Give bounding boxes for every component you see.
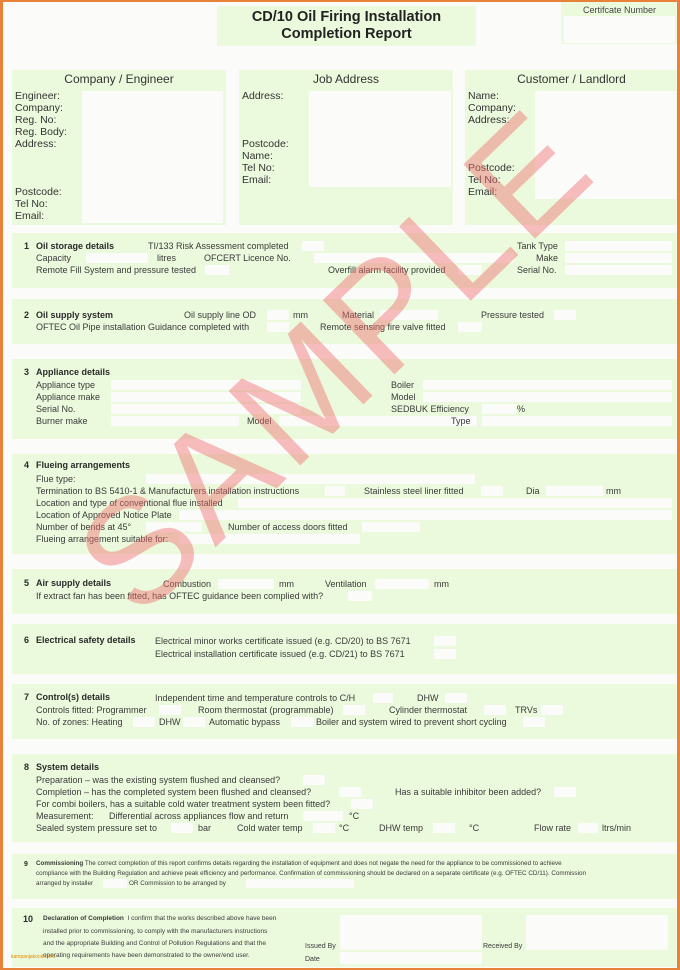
section-1-number: 1 — [24, 241, 29, 252]
boiler-model-label: Model — [391, 392, 416, 403]
trvs-field[interactable] — [541, 705, 563, 715]
boiler-field[interactable] — [423, 380, 672, 390]
room-thermostat-label: Room thermostat (programmable) — [198, 705, 334, 716]
job-address-panel: Job Address Address: Postcode: Name: Tel… — [239, 70, 453, 225]
label-postcode: Postcode: — [242, 138, 289, 150]
job-address-field[interactable] — [309, 91, 451, 187]
certificate-number-label: Certifcate Number — [561, 5, 678, 15]
flue-type-label: Flue type: — [36, 474, 76, 485]
combi-field[interactable] — [351, 799, 373, 809]
date-field[interactable] — [340, 952, 482, 964]
cylinder-thermostat-field[interactable] — [484, 705, 506, 715]
section-2-title: Oil supply system — [36, 310, 113, 321]
type-label: Type — [451, 416, 471, 427]
auto-bypass-field[interactable] — [291, 717, 313, 727]
flow-rate-unit: ltrs/min — [602, 823, 631, 834]
dhw-field[interactable] — [445, 693, 467, 703]
tank-type-field[interactable] — [565, 241, 672, 251]
differential-field[interactable] — [303, 811, 343, 821]
short-cycling-label: Boiler and system wired to prevent short… — [316, 717, 507, 728]
received-by-label: Received By — [483, 941, 522, 952]
declaration-line-1: Declaration of Completion I confirm that… — [43, 914, 276, 923]
customer-landlord-labels: Name: Company: Address: Postcode: Tel No… — [468, 90, 516, 198]
serial-no-label: Serial No. — [517, 265, 557, 276]
section-9-title: Commissioning — [36, 860, 83, 867]
cold-water-field[interactable] — [313, 823, 335, 833]
section-5-number: 5 — [24, 578, 29, 589]
section-10-title: Declaration of Completion — [43, 915, 124, 922]
section-3-number: 3 — [24, 367, 29, 378]
pressure-tested-field[interactable] — [554, 310, 576, 320]
label-company: Company: — [15, 102, 67, 114]
arranged-installer-label: arranged by installer — [36, 879, 93, 888]
burner-make-field[interactable] — [111, 416, 239, 426]
arranged-installer-field[interactable] — [103, 879, 127, 888]
flow-rate-field[interactable] — [578, 823, 598, 833]
dia-mm-label: mm — [606, 486, 621, 497]
job-address-labels: Address: Postcode: Name: Tel No: Email: — [242, 90, 289, 186]
zones-heating-field[interactable] — [133, 717, 155, 727]
oftec-guidance-label: OFTEC Oil Pipe installation Guidance com… — [36, 322, 249, 333]
certificate-number-field[interactable] — [564, 16, 675, 43]
customer-landlord-field[interactable] — [535, 91, 676, 199]
label-address: Address: — [242, 90, 289, 102]
boiler-label: Boiler — [391, 380, 414, 391]
flue-type-field[interactable] — [146, 474, 475, 484]
cylinder-thermostat-label: Cylinder thermostat — [389, 705, 467, 716]
date-label: Date — [305, 954, 320, 965]
appliance-serial-field[interactable] — [111, 404, 301, 414]
section-4-number: 4 — [24, 460, 29, 471]
dhw-label: DHW — [417, 693, 439, 704]
make-label: Make — [536, 253, 558, 264]
supply-line-field[interactable] — [267, 310, 289, 320]
termination-field[interactable] — [325, 486, 345, 496]
section-7-title: Control(s) details — [36, 692, 110, 703]
remote-sensing-field[interactable] — [458, 322, 482, 332]
appliance-make-label: Appliance make — [36, 392, 100, 403]
declaration-line-2: installed prior to commissioning, to com… — [43, 927, 267, 936]
remote-sensing-label: Remote sensing fire valve fitted — [320, 322, 446, 333]
dhw-temp-label: DHW temp — [379, 823, 423, 834]
combustion-label: Combustion — [163, 579, 211, 590]
location-plate-label: Location of Approved Notice Plate — [36, 510, 172, 521]
minor-works-field[interactable] — [434, 636, 456, 646]
label-tel-no: Tel No: — [242, 162, 289, 174]
section-8-number: 8 — [24, 762, 29, 773]
risk-assessment-field[interactable] — [302, 241, 324, 251]
section-7-number: 7 — [24, 692, 29, 703]
section-5-title: Air supply details — [36, 578, 111, 589]
dhw-temp-field[interactable] — [433, 823, 455, 833]
section-4-title: Flueing arrangements — [36, 460, 130, 471]
company-engineer-labels: Engineer: Company: Reg. No: Reg. Body: A… — [15, 90, 67, 222]
inhibitor-field[interactable] — [554, 787, 576, 797]
sedbuk-label: SEDBUK Efficiency — [391, 404, 469, 415]
section-9-number: 9 — [24, 859, 28, 870]
termination-label: Termination to BS 5410-1 & Manufacturers… — [36, 486, 299, 497]
certificate-number-box: Certifcate Number — [561, 2, 678, 44]
label-name: Name: — [468, 90, 516, 102]
combustion-field[interactable] — [218, 579, 274, 589]
commissioning-line-1: Commissioning The correct completion of … — [36, 859, 562, 868]
sealed-pressure-field[interactable] — [171, 823, 193, 833]
company-engineer-heading: Company / Engineer — [12, 72, 226, 86]
dia-field[interactable] — [546, 486, 603, 496]
appliance-serial-label: Serial No. — [36, 404, 76, 415]
label-postcode: Postcode: — [15, 186, 67, 198]
label-postcode: Postcode: — [468, 162, 516, 174]
section-6-title: Electrical safety details — [36, 635, 136, 646]
location-flue-label: Location and type of conventional flue i… — [36, 498, 223, 509]
preparation-field[interactable] — [303, 775, 325, 785]
dia-label: Dia — [526, 486, 540, 497]
company-engineer-field[interactable] — [82, 91, 223, 223]
commission-arranged-by-field[interactable] — [246, 879, 354, 888]
site-watermark: kampanjakoodit.info — [11, 954, 55, 960]
appliance-type-field[interactable] — [111, 380, 301, 390]
trvs-label: TRVs — [515, 705, 537, 716]
stainless-liner-field[interactable] — [481, 486, 503, 496]
label-reg-no: Reg. No: — [15, 114, 67, 126]
ofcert-field[interactable] — [314, 253, 514, 263]
cold-water-unit: °C — [339, 823, 349, 834]
location-flue-field[interactable] — [238, 498, 672, 508]
commissioning-line-2: compliance with the Building Regulation … — [36, 869, 586, 878]
extract-fan-field[interactable] — [348, 591, 372, 601]
label-engineer: Engineer: — [15, 90, 67, 102]
job-address-heading: Job Address — [239, 72, 453, 86]
material-label: Material — [342, 310, 374, 321]
section-10-number: 10 — [23, 914, 33, 925]
section-2-number: 2 — [24, 310, 29, 321]
zones-dhw-field[interactable] — [183, 717, 205, 727]
label-tel-no: Tel No: — [468, 174, 516, 186]
label-email: Email: — [242, 174, 289, 186]
customer-landlord-panel: Customer / Landlord Name: Company: Addre… — [465, 70, 678, 225]
zones-heating-label: No. of zones: Heating — [36, 717, 123, 728]
remote-fill-label: Remote Fill System and pressure tested — [36, 265, 196, 276]
minor-works-label: Electrical minor works certificate issue… — [155, 636, 411, 647]
independent-controls-label: Independent time and temperature control… — [155, 693, 355, 704]
auto-bypass-label: Automatic bypass — [209, 717, 280, 728]
ventilation-label: Ventilation — [325, 579, 367, 590]
bar-label: bar — [198, 823, 211, 834]
mm-label: mm — [293, 310, 308, 321]
combustion-mm-label: mm — [279, 579, 294, 590]
boiler-model-field[interactable] — [423, 392, 672, 402]
issued-by-label: Issued By — [305, 941, 336, 952]
declaration-line-3: and the appropriate Building and Control… — [43, 939, 266, 948]
completion-field[interactable] — [339, 787, 361, 797]
serial-no-field[interactable] — [565, 265, 672, 275]
burner-make-label: Burner make — [36, 416, 88, 427]
commission-arranged-by-label: OR Commission to be arranged by — [129, 879, 226, 888]
completion-label: Completion – has the completed system be… — [36, 787, 311, 798]
overfill-field[interactable] — [458, 265, 482, 275]
risk-assessment-label: TI/133 Risk Assessment completed — [148, 241, 289, 252]
differential-unit: °C — [349, 811, 359, 822]
label-name: Name: — [242, 150, 289, 162]
material-field[interactable] — [380, 310, 438, 320]
inhibitor-label: Has a suitable inhibitor been added? — [395, 787, 541, 798]
label-tel-no: Tel No: — [15, 198, 67, 210]
received-by-field[interactable] — [526, 915, 668, 950]
overfill-label: Overfill alarm facility provided — [328, 265, 446, 276]
percent-label: % — [517, 404, 525, 415]
access-doors-field[interactable] — [362, 522, 420, 532]
report-title-line-2: Completion Report — [217, 26, 476, 43]
location-plate-field[interactable] — [179, 510, 672, 520]
report-title-box: CD/10 Oil Firing Installation Completion… — [217, 6, 476, 46]
installation-cert-field[interactable] — [434, 649, 456, 659]
tank-type-label: Tank Type — [517, 241, 558, 252]
report-title-line-1: CD/10 Oil Firing Installation — [217, 9, 476, 26]
sealed-pressure-label: Sealed system pressure set to — [36, 823, 157, 834]
customer-landlord-heading: Customer / Landlord — [465, 72, 678, 86]
cold-water-label: Cold water temp — [237, 823, 303, 834]
section-6-number: 6 — [24, 635, 29, 646]
programmer-field[interactable] — [159, 705, 181, 715]
zones-dhw-label: DHW — [159, 717, 181, 728]
appliance-make-field[interactable] — [111, 392, 301, 402]
preparation-label: Preparation – was the existing system fl… — [36, 775, 280, 786]
pressure-tested-label: Pressure tested — [481, 310, 544, 321]
bends-label: Number of bends at 45° — [36, 522, 131, 533]
type-field[interactable] — [482, 416, 672, 426]
label-email: Email: — [468, 186, 516, 198]
label-address: Address: — [15, 138, 67, 150]
combi-label: For combi boilers, has a suitable cold w… — [36, 799, 330, 810]
make-field[interactable] — [565, 253, 672, 263]
suitable-for-field[interactable] — [179, 534, 360, 544]
company-engineer-panel: Company / Engineer Engineer: Company: Re… — [12, 70, 226, 225]
suitable-for-label: Flueing arrangement suitable for: — [36, 534, 168, 545]
section-8-title: System details — [36, 762, 99, 773]
declaration-line-4: operating requirements have been demonst… — [43, 951, 250, 960]
programmer-label: Controls fitted: Programmer — [36, 705, 147, 716]
litres-label: litres — [157, 253, 176, 264]
label-address: Address: — [468, 114, 516, 126]
declaration-text-1: I confirm that the works described above… — [128, 915, 277, 922]
ventilation-mm-label: mm — [434, 579, 449, 590]
short-cycling-field[interactable] — [523, 717, 545, 727]
label-email: Email: — [15, 210, 67, 222]
remote-fill-field[interactable] — [205, 265, 229, 275]
capacity-field[interactable] — [86, 253, 148, 263]
ofcert-label: OFCERT Licence No. — [204, 253, 291, 264]
label-reg-body: Reg. Body: — [15, 126, 67, 138]
room-thermostat-field[interactable] — [343, 705, 365, 715]
issued-by-field[interactable] — [340, 915, 482, 950]
commissioning-text-1: The correct completion of this report co… — [85, 860, 562, 867]
capacity-label: Capacity — [36, 253, 71, 264]
stainless-liner-label: Stainless steel liner fitted — [364, 486, 464, 497]
installation-cert-label: Electrical installation certificate issu… — [155, 649, 405, 660]
label-company: Company: — [468, 102, 516, 114]
section-1-title: Oil storage details — [36, 241, 114, 252]
burner-model-field[interactable] — [279, 416, 477, 426]
extract-fan-label: If extract fan has been fitted, has OFTE… — [36, 591, 323, 602]
bends-field[interactable] — [146, 522, 202, 532]
burner-model-label: Model — [247, 416, 272, 427]
sedbuk-field[interactable] — [482, 404, 516, 414]
section-3-title: Appliance details — [36, 367, 110, 378]
supply-line-label: Oil supply line OD — [184, 310, 256, 321]
independent-controls-field[interactable] — [373, 693, 393, 703]
dhw-temp-unit: °C — [469, 823, 479, 834]
oftec-guidance-field[interactable] — [267, 322, 289, 332]
ventilation-field[interactable] — [375, 579, 429, 589]
access-doors-label: Number of access doors fitted — [228, 522, 348, 533]
appliance-type-label: Appliance type — [36, 380, 95, 391]
measurement-label: Measurement: — [36, 811, 94, 822]
flow-rate-label: Flow rate — [534, 823, 571, 834]
differential-label: Differential across appliances flow and … — [109, 811, 288, 822]
